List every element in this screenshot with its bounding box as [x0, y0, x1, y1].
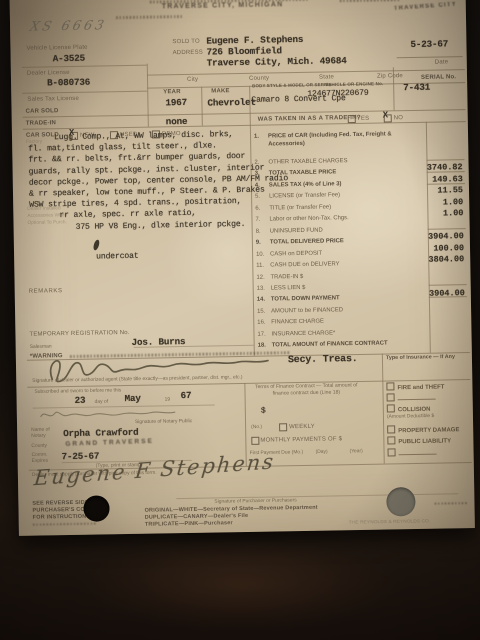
notary-name-label-1: Name of	[31, 427, 50, 432]
price-row-value: 11.55	[427, 185, 463, 196]
insurance-option: PROPERTY DAMAGE	[387, 424, 459, 434]
day-col-label: (Day)	[316, 450, 328, 455]
price-row-label: CASH on DEPOSIT	[270, 250, 322, 257]
officer-title: Secy. Treas.	[288, 354, 358, 366]
price-row-number: 14.	[257, 297, 269, 303]
comm-expires-date: 7-25-67	[62, 451, 100, 463]
insurance-checkbox	[387, 404, 395, 412]
county-field-label: County	[31, 443, 47, 448]
notary-day: 23	[75, 395, 86, 406]
price-row-label: LESS LIEN $	[271, 285, 306, 292]
insurance-checkbox	[388, 448, 396, 456]
price-row-value: 3804.00	[428, 254, 464, 265]
insurance-checkbox	[387, 436, 395, 444]
insurance-checkbox	[386, 382, 394, 390]
price-row-number: 15.	[257, 308, 269, 314]
price-row-label: TOTAL DOWN PAYMENT	[271, 296, 340, 303]
insurance-option	[388, 448, 437, 458]
price-row-value: 1.00	[427, 208, 463, 219]
document-paper: TRAVERSE CITY, MICHIGAN TRAVERSE CITY XS…	[9, 0, 475, 536]
price-row-number: 12.	[256, 274, 268, 280]
price-row-value: 3904.00	[428, 231, 464, 242]
insurance-option: FIRE and THEFT	[386, 381, 444, 391]
price-row-number: 11.	[256, 263, 268, 269]
price-row-number: 13.	[257, 285, 269, 291]
notary-month: May	[124, 393, 140, 404]
remarks-label: REMARKS	[29, 288, 63, 295]
year-prefix: 19	[165, 397, 171, 402]
finance-amount-prefix: $	[261, 407, 266, 416]
insurance-option: PUBLIC LIABILITY	[387, 435, 451, 445]
notary-signature-caption: Signature of Notary Public	[135, 419, 192, 425]
price-row-number: 17.	[257, 331, 269, 337]
price-row-label: FINANCE CHARGE	[271, 319, 324, 326]
blank-line	[399, 449, 437, 456]
price-row-label: CASH DUE on DELIVERY	[270, 261, 339, 268]
payments-count-label: (No.)	[251, 425, 262, 430]
price-row-value: 1.00	[427, 197, 463, 208]
equipment-list: Lugg. Comp., At, WW lamps, disc. brks,fl…	[28, 128, 330, 234]
price-row-number: 10.	[256, 251, 268, 257]
insurance-option	[387, 393, 436, 403]
price-row-value: 100.00	[428, 243, 464, 254]
price-row-label: AMOUNT to be FINANCED	[271, 307, 343, 314]
price-row-label: TRADE-IN $	[270, 273, 303, 280]
salesman-label: Salesman	[30, 344, 52, 349]
price-row-value: 149.63	[427, 174, 463, 185]
price-row-number: 18.	[258, 343, 270, 349]
see-reverse-3: FOR INSTRUCTIONS.	[33, 514, 92, 521]
price-row-number: 9.	[256, 240, 268, 246]
insurance-options: FIRE and THEFTCOLLISIONPROPERTY DAMAGEPU…	[382, 352, 472, 464]
price-row-label: INSURANCE CHARGE*	[271, 330, 335, 337]
notary-name: Orpha Crawford	[63, 427, 138, 439]
price-row-label: TOTAL DELIVERED PRICE	[270, 238, 344, 245]
notary-name-label-2: Notary	[31, 433, 46, 438]
monthly-checkbox	[251, 437, 259, 445]
blank-line	[398, 394, 436, 401]
price-row-label: TOTAL AMOUNT of FINANCE CONTRACT	[272, 341, 388, 349]
day-of-label: day of	[95, 399, 108, 404]
salesman-name: Jos. Burns	[132, 336, 186, 348]
finance-terms-title: Terms of Finance Contract — Total amount…	[254, 383, 358, 398]
comm-expires-label-2: Expires	[32, 458, 48, 463]
comm-expires-label-1: Comm.	[32, 452, 48, 457]
price-row-value: 3904.00	[429, 289, 465, 300]
weekly-label: WEEKLY	[289, 424, 315, 430]
table-sheen	[80, 540, 400, 630]
weekly-checkbox	[279, 423, 287, 431]
insurance-option: COLLISION	[387, 404, 431, 414]
notary-year: 67	[180, 390, 191, 401]
undercoat-note: undercoat	[96, 252, 139, 262]
price-row-value: 3740.82	[427, 163, 463, 174]
price-row-number: 16.	[257, 320, 269, 326]
insurance-checkbox	[387, 393, 395, 401]
insurance-checkbox	[387, 425, 395, 433]
year-col-label: (Year)	[350, 449, 363, 454]
deductible-note: (Amount Deductible $	[387, 414, 434, 420]
